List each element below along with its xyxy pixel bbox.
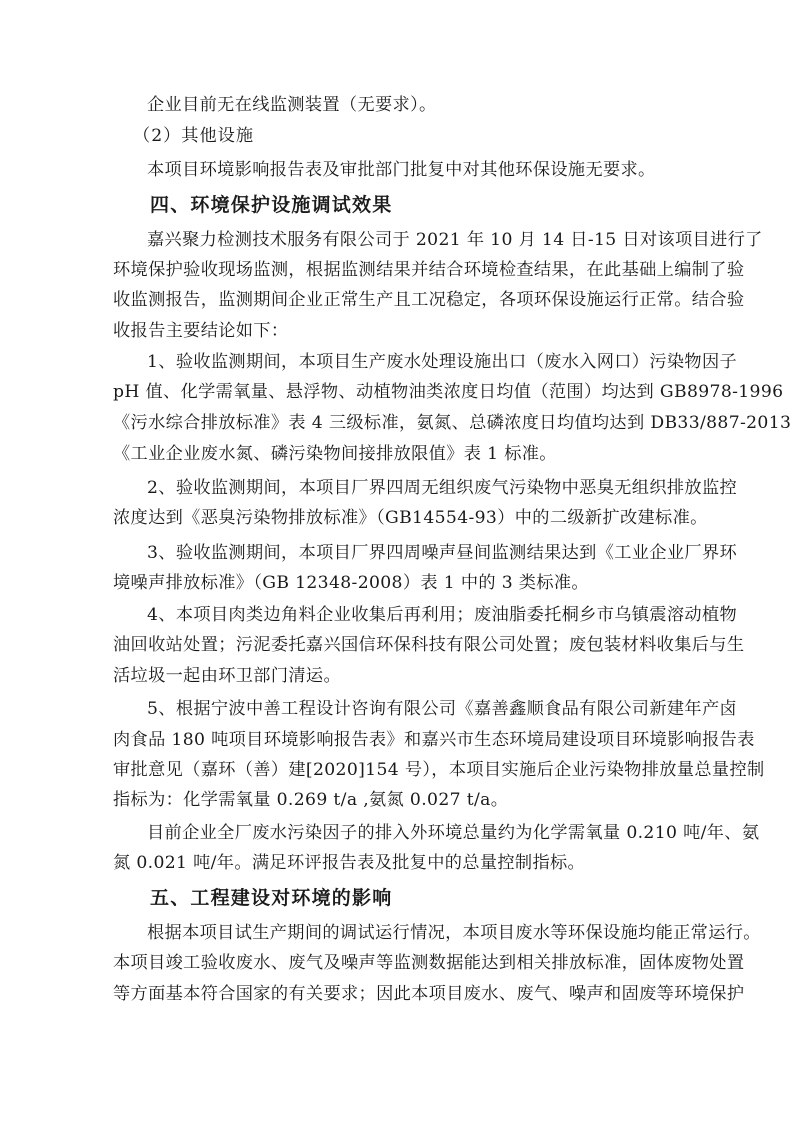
list-item-5-line: 肉食品 180 吨项目环境影响报告表》和嘉兴市生态环境局建设项目环境影响报告表 — [113, 729, 701, 751]
paragraph-line: 本项目环境影响报告表及审批部门批复中对其他环保设施无要求。 — [147, 159, 701, 181]
list-item-2-line: 2、验收监测期间，本项目厂界四周无组织废气污染物中恶臭无组织排放监控 — [147, 477, 701, 499]
paragraph-line: 嘉兴聚力检测技术服务有限公司于 2021 年 10 月 14 日-15 日对该项… — [147, 229, 701, 251]
list-item-1-line: 《工业企业废水氮、磷污染物间接排放限值》表 1 标准。 — [113, 443, 701, 465]
subheading-other-facilities: （2）其他设施 — [133, 125, 721, 147]
paragraph-line: 收报告主要结论如下： — [113, 320, 701, 342]
document-page: 企业目前无在线监测装置（无要求）。 （2）其他设施 本项目环境影响报告表及审批部… — [0, 0, 800, 1131]
list-item-5-line: 指标为：化学需氧量 0.269 t/a ,氨氮 0.027 t/a。 — [113, 789, 701, 811]
list-item-3-line: 3、验收监测期间，本项目厂界四周噪声昼间监测结果达到《工业企业厂界环 — [147, 542, 701, 564]
list-item-5-line: 审批意见（嘉环（善）建[2020]154 号），本项目实施后企业污染物排放量总量… — [113, 759, 701, 781]
paragraph-line: 环境保护验收现场监测，根据监测结果并结合环境检查结果，在此基础上编制了验 — [113, 259, 701, 281]
list-item-1-line: pH 值、化学需氧量、悬浮物、动植物油类浓度日均值（范围）均达到 GB8978-… — [113, 381, 701, 403]
paragraph-line: 收监测报告，监测期间企业正常生产且工况稳定，各项环保设施运行正常。结合验 — [113, 289, 701, 311]
paragraph-line: 根据本项目试生产期间的调试运行情况，本项目废水等环保设施均能正常运行。 — [147, 922, 701, 944]
section-heading-4: 四、环境保护设施调试效果 — [150, 193, 392, 217]
paragraph-line: 等方面基本符合国家的有关要求；因此本项目废水、废气、噪声和固废等环境保护 — [113, 983, 701, 1005]
list-item-5-line: 5、根据宁波中善工程设计咨询有限公司《嘉善鑫顺食品有限公司新建年产卤 — [147, 698, 701, 720]
list-item-1-line: 1、验收监测期间，本项目生产废水处理设施出口（废水入网口）污染物因子 — [147, 351, 701, 373]
summary-line: 氮 0.021 吨/年。满足环评报告表及批复中的总量控制指标。 — [113, 852, 701, 874]
list-item-2-line: 浓度达到《恶臭污染物排放标准》（GB14554-93）中的二级新扩改建标准。 — [113, 507, 701, 529]
list-item-1-line: 《污水综合排放标准》表 4 三级标准，氨氮、总磷浓度日均值均达到 DB33/88… — [113, 412, 701, 434]
paragraph-line: 企业目前无在线监测装置（无要求）。 — [147, 94, 701, 116]
list-item-3-line: 境噪声排放标准》（GB 12348-2008）表 1 中的 3 类标准。 — [113, 572, 701, 594]
list-item-4-line: 4、本项目肉类边角料企业收集后再利用；废油脂委托桐乡市乌镇震溶动植物 — [147, 604, 701, 626]
paragraph-line: 本项目竣工验收废水、废气及噪声等监测数据能达到相关排放标准，固体废物处置 — [113, 952, 701, 974]
list-item-4-line: 活垃圾一起由环卫部门清运。 — [113, 665, 701, 687]
section-heading-5: 五、工程建设对环境的影响 — [150, 886, 392, 910]
summary-line: 目前企业全厂废水污染因子的排入外环境总量约为化学需氧量 0.210 吨/年、氨 — [147, 822, 701, 844]
list-item-4-line: 油回收站处置；污泥委托嘉兴国信环保科技有限公司处置；废包装材料收集后与生 — [113, 634, 701, 656]
